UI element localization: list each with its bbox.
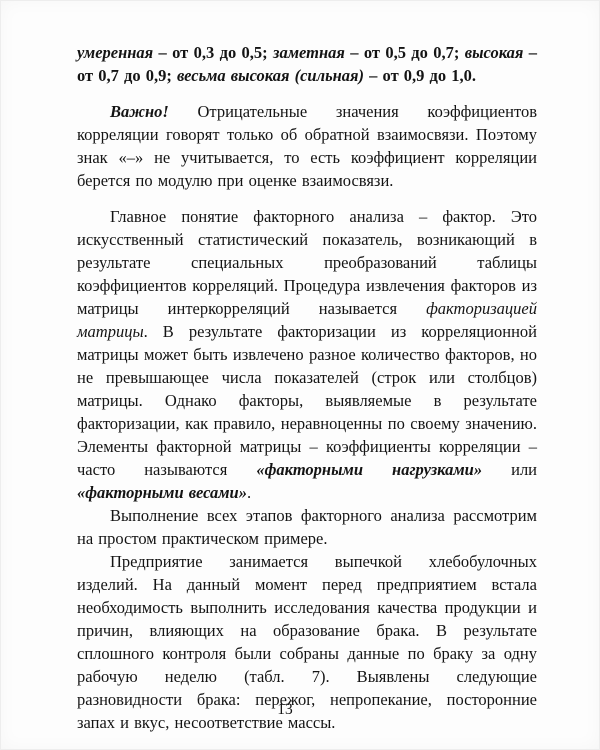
text-run: . В результате факторизации из корреляци… [77,322,537,479]
text-run: высокая [465,43,524,62]
text-run: . [247,483,251,502]
important-note-paragraph: Важно! Отрицательные значения коэффициен… [77,100,537,192]
text-run: – от 0,3 до 0,5; [153,43,273,62]
text-run: Выполнение всех этапов факторного анализ… [77,506,537,548]
example-intro-paragraph: Выполнение всех этапов факторного анализ… [77,504,537,550]
text-run: – от 0,9 до 1,0. [364,66,476,85]
text-run: заметная [273,43,345,62]
bakery-example-paragraph: Предприятие занимается выпечкой хлебобул… [77,550,537,734]
text-run: весьма высокая (сильная) [177,66,364,85]
text-run: Важно! [110,102,169,121]
text-run: «факторными весами» [77,483,247,502]
text-run: – от 0,5 до 0,7; [345,43,465,62]
text-run: или [482,460,537,479]
text-run: умеренная [77,43,153,62]
text-run: Предприятие занимается выпечкой хлебобул… [77,552,537,732]
page-number: 13 [277,701,293,719]
factor-definition-paragraph: Главное понятие факторного анализа – фак… [77,205,537,504]
text-block: умеренная – от 0,3 до 0,5; заметная – от… [77,41,537,734]
text-run: «факторными нагрузками» [256,460,482,479]
correlation-ranges-paragraph: умеренная – от 0,3 до 0,5; заметная – от… [77,41,537,87]
scanned-book-page: умеренная – от 0,3 до 0,5; заметная – от… [0,0,600,750]
